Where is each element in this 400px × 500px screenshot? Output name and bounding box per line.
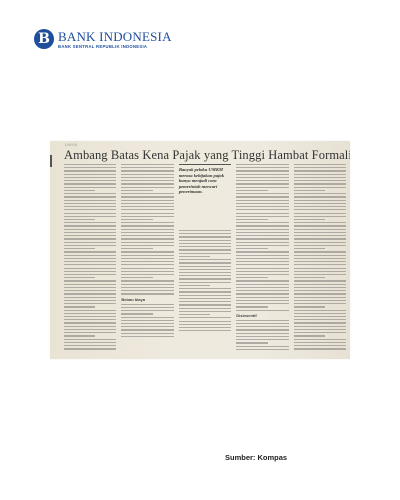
- text-line: [236, 177, 288, 178]
- text-line: [294, 268, 346, 269]
- text-line: [64, 329, 116, 330]
- text-line: [294, 264, 346, 265]
- text-line: [64, 277, 95, 278]
- text-line: [121, 293, 173, 294]
- text-line: [236, 306, 267, 307]
- text-line: [64, 287, 116, 288]
- text-line: [64, 271, 116, 272]
- text-line: [294, 313, 346, 314]
- text-line: [64, 303, 116, 304]
- text-line: [294, 177, 346, 178]
- pull-quote-credit: [179, 197, 231, 200]
- text-line: [236, 326, 288, 327]
- text-line: [121, 196, 173, 197]
- text-line: [121, 264, 173, 265]
- text-line: [294, 193, 346, 194]
- text-line: [294, 322, 346, 323]
- text-line: [294, 196, 346, 197]
- text-line: [294, 187, 346, 188]
- text-line: [121, 333, 173, 334]
- text-line: [294, 271, 346, 272]
- text-line: [294, 293, 346, 294]
- text-line: [294, 225, 346, 226]
- text-line: [179, 230, 231, 231]
- text-line: [294, 342, 346, 343]
- text-line: [121, 170, 173, 171]
- text-line: [121, 193, 173, 194]
- text-line: [294, 345, 346, 346]
- text-line: [236, 293, 288, 294]
- subhead: Beban biaya: [121, 297, 173, 302]
- text-line: [179, 285, 210, 286]
- text-line: [121, 225, 173, 226]
- text-line: [294, 251, 346, 252]
- text-line: [64, 164, 116, 165]
- text-line: [236, 209, 288, 210]
- text-line: [236, 196, 288, 197]
- text-line: [121, 320, 173, 321]
- text-line: [121, 310, 173, 311]
- text-line: [121, 261, 173, 262]
- text-line: [121, 277, 152, 278]
- text-line: [236, 258, 288, 259]
- text-line: [236, 277, 267, 278]
- text-line: [236, 333, 288, 334]
- text-line: [121, 229, 173, 230]
- column-4: Disinsentif: [236, 164, 288, 356]
- text-line: [121, 280, 173, 281]
- text-line: [64, 206, 116, 207]
- text-line: [294, 180, 346, 181]
- text-line: [179, 246, 231, 247]
- text-line: [121, 329, 173, 330]
- text-line: [236, 164, 288, 165]
- text-line: [236, 300, 288, 301]
- text-line: [294, 274, 346, 275]
- text-line: [121, 313, 152, 314]
- text-line: [64, 258, 116, 259]
- text-line: [64, 316, 116, 317]
- text-line: [179, 236, 231, 237]
- text-line: [121, 317, 173, 318]
- text-line: [64, 248, 95, 249]
- text-line: [64, 268, 116, 269]
- text-line: [64, 274, 116, 275]
- text-line: [236, 339, 288, 340]
- article-kicker: UMKM: [65, 143, 78, 147]
- text-line: [294, 306, 325, 307]
- text-line: [121, 177, 173, 178]
- text-line: [236, 284, 288, 285]
- text-line: [236, 287, 288, 288]
- text-line: [64, 348, 116, 349]
- text-line: [236, 225, 288, 226]
- text-line: [179, 253, 231, 254]
- text-line: [294, 319, 346, 320]
- text-line: [294, 261, 346, 262]
- text-line: [179, 269, 231, 270]
- text-line: [64, 251, 116, 252]
- text-line: [294, 183, 346, 184]
- text-line: [64, 306, 95, 307]
- text-line: [121, 219, 152, 220]
- text-line: [179, 301, 231, 302]
- text-line: [64, 335, 95, 336]
- text-line: [121, 183, 173, 184]
- text-line: [121, 213, 173, 214]
- text-line: [294, 200, 346, 201]
- text-line: [121, 187, 173, 188]
- text-line: [121, 258, 173, 259]
- column-2: Beban biaya: [121, 164, 173, 356]
- text-line: [294, 174, 346, 175]
- text-line: [121, 248, 152, 249]
- text-line: [179, 240, 231, 241]
- text-line: [64, 213, 116, 214]
- text-line: [64, 235, 116, 236]
- text-line: [236, 329, 288, 330]
- text-line: [294, 326, 346, 327]
- text-line: [294, 235, 346, 236]
- text-line: [121, 245, 173, 246]
- text-line: [236, 167, 288, 168]
- text-line: [64, 293, 116, 294]
- text-line: [179, 266, 231, 267]
- text-line: [64, 177, 116, 178]
- text-line: [236, 255, 288, 256]
- pull-quote: Banyak pelaku UMKM merasa kebijakan paja…: [179, 164, 231, 195]
- text-line: [64, 200, 116, 201]
- text-line: [294, 297, 346, 298]
- text-line: [179, 233, 231, 234]
- column-5: [294, 164, 346, 356]
- text-line: [64, 326, 116, 327]
- text-line: [236, 222, 288, 223]
- text-line: [236, 336, 288, 337]
- source-credit: Sumber: Kompas: [225, 453, 287, 462]
- text-line: [294, 303, 346, 304]
- text-line: [64, 183, 116, 184]
- text-line: [121, 174, 173, 175]
- bank-indonesia-logo: B BANK INDONESIA BANK SENTRAL REPUBLIK I…: [34, 29, 172, 49]
- text-line: [121, 323, 173, 324]
- text-line: [121, 216, 173, 217]
- text-line: [236, 174, 288, 175]
- text-line: [121, 206, 173, 207]
- text-line: [236, 238, 288, 239]
- newspaper-clipping: UMKM Ambang Batas Kena Pajak yang Tinggi…: [50, 141, 350, 359]
- text-line: [64, 232, 116, 233]
- text-line: [179, 259, 231, 260]
- text-line: [121, 336, 173, 337]
- text-line: [121, 238, 173, 239]
- text-line: [64, 297, 116, 298]
- text-line: [294, 300, 346, 301]
- text-line: [236, 187, 288, 188]
- text-line: [294, 258, 346, 259]
- text-line: [64, 222, 116, 223]
- text-line: [294, 335, 325, 336]
- text-line: [236, 274, 288, 275]
- text-line: [121, 255, 173, 256]
- text-line: [294, 310, 346, 311]
- text-line: [294, 222, 346, 223]
- text-line: [294, 164, 346, 165]
- text-line: [64, 193, 116, 194]
- text-line: [121, 209, 173, 210]
- text-line: [236, 271, 288, 272]
- text-line: [64, 284, 116, 285]
- text-line: [179, 304, 231, 305]
- text-line: [294, 290, 346, 291]
- text-line: [236, 183, 288, 184]
- text-line: [179, 282, 231, 283]
- text-line: [64, 245, 116, 246]
- text-line: [179, 327, 231, 328]
- text-line: [64, 209, 116, 210]
- article-columns: Beban biaya Banyak pelaku UMKM merasa ke…: [64, 164, 346, 356]
- column-3: Banyak pelaku UMKM merasa kebijakan paja…: [179, 164, 231, 356]
- column-1: [64, 164, 116, 356]
- text-line: [294, 216, 346, 217]
- text-line: [64, 216, 116, 217]
- text-line: [236, 280, 288, 281]
- clipping-edge: [50, 155, 52, 167]
- text-line: [64, 313, 116, 314]
- text-line: [64, 339, 116, 340]
- text-line: [294, 287, 346, 288]
- text-line: [236, 206, 288, 207]
- text-line: [236, 219, 267, 220]
- text-line: [121, 271, 173, 272]
- text-line: [64, 219, 95, 220]
- text-line: [179, 298, 231, 299]
- text-line: [64, 187, 116, 188]
- logo-title: BANK INDONESIA: [58, 30, 172, 43]
- text-line: [236, 242, 288, 243]
- text-line: [179, 288, 231, 289]
- text-line: [121, 232, 173, 233]
- text-line: [179, 262, 231, 263]
- text-line: [64, 170, 116, 171]
- text-line: [179, 243, 231, 244]
- text-line: [236, 323, 288, 324]
- text-line: [236, 310, 288, 311]
- text-line: [64, 264, 116, 265]
- text-line: [236, 290, 288, 291]
- text-line: [179, 311, 231, 312]
- text-line: [294, 209, 346, 210]
- text-line: [121, 203, 173, 204]
- text-line: [294, 332, 346, 333]
- text-line: [236, 349, 288, 350]
- text-line: [121, 180, 173, 181]
- text-line: [179, 295, 231, 296]
- text-line: [236, 297, 288, 298]
- text-line: [121, 274, 173, 275]
- text-line: [121, 268, 173, 269]
- text-line: [121, 326, 173, 327]
- text-line: [236, 216, 288, 217]
- text-line: [64, 180, 116, 181]
- text-line: [179, 324, 231, 325]
- text-line: [64, 196, 116, 197]
- text-line: [121, 287, 173, 288]
- text-line: [236, 261, 288, 262]
- text-line: [64, 322, 116, 323]
- article-headline: Ambang Batas Kena Pajak yang Tinggi Hamb…: [64, 148, 350, 163]
- text-line: [64, 229, 116, 230]
- text-line: [294, 248, 325, 249]
- text-line: [179, 330, 231, 331]
- text-line: [236, 170, 288, 171]
- text-line: [294, 238, 346, 239]
- text-line: [294, 348, 346, 349]
- text-line: [236, 213, 288, 214]
- logo-subtitle: BANK SENTRAL REPUBLIK INDONESIA: [58, 44, 172, 49]
- text-line: [294, 316, 346, 317]
- text-line: [64, 342, 116, 343]
- text-line: [179, 272, 231, 273]
- text-line: [294, 255, 346, 256]
- text-line: [236, 303, 288, 304]
- text-line: [294, 245, 346, 246]
- text-line: [121, 164, 173, 165]
- text-line: [236, 320, 288, 321]
- text-line: [294, 170, 346, 171]
- text-line: [64, 225, 116, 226]
- text-line: [64, 238, 116, 239]
- text-line: [294, 339, 346, 340]
- text-line: [179, 256, 210, 257]
- text-line: [179, 291, 231, 292]
- text-line: [179, 314, 210, 315]
- text-line: [236, 245, 288, 246]
- text-line: [294, 277, 325, 278]
- text-line: [294, 190, 325, 191]
- text-line: [236, 251, 288, 252]
- text-line: [294, 284, 346, 285]
- text-line: [64, 319, 116, 320]
- text-line: [179, 278, 231, 279]
- text-line: [121, 235, 173, 236]
- text-line: [294, 242, 346, 243]
- text-line: [121, 167, 173, 168]
- text-line: [64, 290, 116, 291]
- text-line: [294, 219, 325, 220]
- text-line: [64, 203, 116, 204]
- text-line: [236, 200, 288, 201]
- text-line: [294, 206, 346, 207]
- text-line: [64, 332, 116, 333]
- text-line: [236, 268, 288, 269]
- text-line: [236, 248, 267, 249]
- text-line: [236, 203, 288, 204]
- subhead: Disinsentif: [236, 313, 288, 318]
- text-line: [236, 342, 267, 343]
- text-line: [294, 167, 346, 168]
- text-line: [121, 222, 173, 223]
- text-line: [236, 190, 267, 191]
- text-line: [294, 203, 346, 204]
- text-line: [64, 190, 95, 191]
- text-line: [121, 290, 173, 291]
- text-line: [64, 310, 116, 311]
- text-line: [64, 261, 116, 262]
- text-line: [179, 317, 231, 318]
- text-line: [121, 304, 173, 305]
- text-line: [294, 229, 346, 230]
- text-line: [121, 242, 173, 243]
- text-line: [179, 308, 231, 309]
- text-line: [121, 284, 173, 285]
- text-line: [294, 232, 346, 233]
- text-line: [64, 255, 116, 256]
- text-line: [64, 242, 116, 243]
- text-line: [179, 321, 231, 322]
- text-line: [121, 251, 173, 252]
- text-line: [294, 213, 346, 214]
- text-line: [121, 190, 152, 191]
- text-line: [64, 280, 116, 281]
- text-line: [236, 346, 288, 347]
- text-line: [236, 264, 288, 265]
- text-line: [64, 167, 116, 168]
- text-line: [236, 193, 288, 194]
- text-line: [236, 180, 288, 181]
- text-line: [236, 229, 288, 230]
- text-line: [121, 307, 173, 308]
- text-line: [179, 249, 231, 250]
- text-line: [179, 275, 231, 276]
- text-line: [64, 174, 116, 175]
- text-line: [236, 235, 288, 236]
- text-line: [236, 232, 288, 233]
- text-line: [64, 300, 116, 301]
- text-line: [121, 200, 173, 201]
- text-line: [294, 280, 346, 281]
- bi-emblem-icon: B: [34, 29, 54, 49]
- text-line: [64, 345, 116, 346]
- text-line: [294, 329, 346, 330]
